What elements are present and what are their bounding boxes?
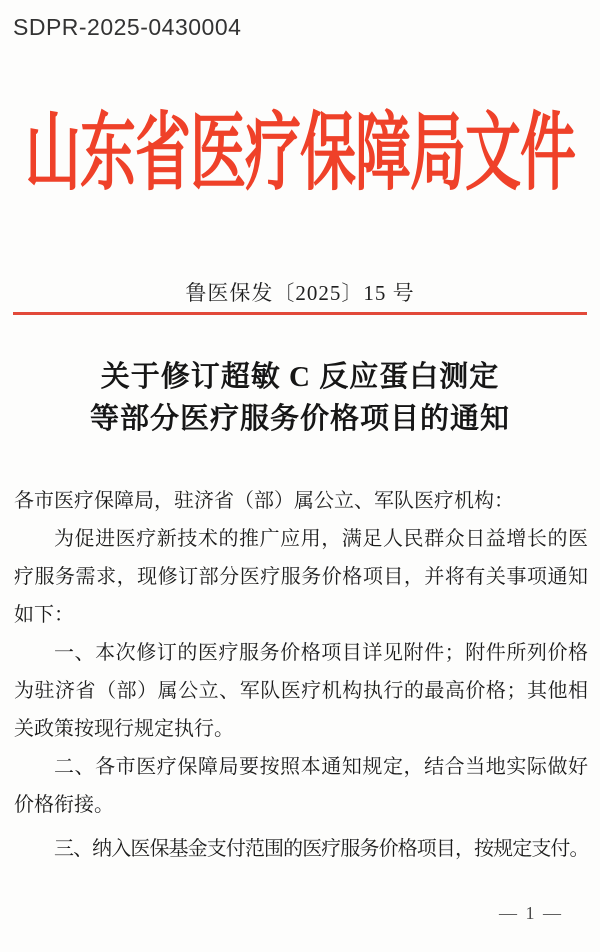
body-line: 为促进医疗新技术的推广应用，满足人民群众日益增长的医 [14,520,588,558]
document-body: 各市医疗保障局，驻济省（部）属公立、军队医疗机构：为促进医疗新技术的推广应用，满… [14,482,588,868]
document-title: 关于修订超敏 C 反应蛋白测定 等部分医疗服务价格项目的通知 [0,356,600,440]
body-line: 价格衔接。 [14,786,588,824]
body-line: 疗服务需求，现修订部分医疗服务价格项目，并将有关事项通知 [14,558,588,596]
body-line: 一、本次修订的医疗服务价格项目详见附件；附件所列价格 [14,634,588,672]
title-line-1: 关于修订超敏 C 反应蛋白测定 [0,356,600,398]
document-number: 鲁医保发〔2025〕15 号 [0,277,600,307]
page-number: — 1 — [499,903,563,924]
body-line: 关政策按现行规定执行。 [14,710,588,748]
body-line: 为驻济省（部）属公立、军队医疗机构执行的最高价格；其他相 [14,672,588,710]
body-line: 各市医疗保障局，驻济省（部）属公立、军队医疗机构： [14,482,588,520]
document-page: SDPR-2025-0430004 山东省医疗保障局文件 鲁医保发〔2025〕1… [0,0,600,952]
red-separator-line [13,312,587,315]
agency-banner: 山东省医疗保障局文件 [0,94,600,200]
registration-code: SDPR-2025-0430004 [13,14,241,41]
body-line: 二、各市医疗保障局要按照本通知规定，结合当地实际做好 [14,748,588,786]
body-line: 如下： [14,596,588,634]
agency-banner-text: 山东省医疗保障局文件 [25,86,575,208]
title-line-2: 等部分医疗服务价格项目的通知 [0,398,600,440]
body-line: 三、纳入医保基金支付范围的医疗服务价格项目，按规定支付。 [14,830,588,868]
